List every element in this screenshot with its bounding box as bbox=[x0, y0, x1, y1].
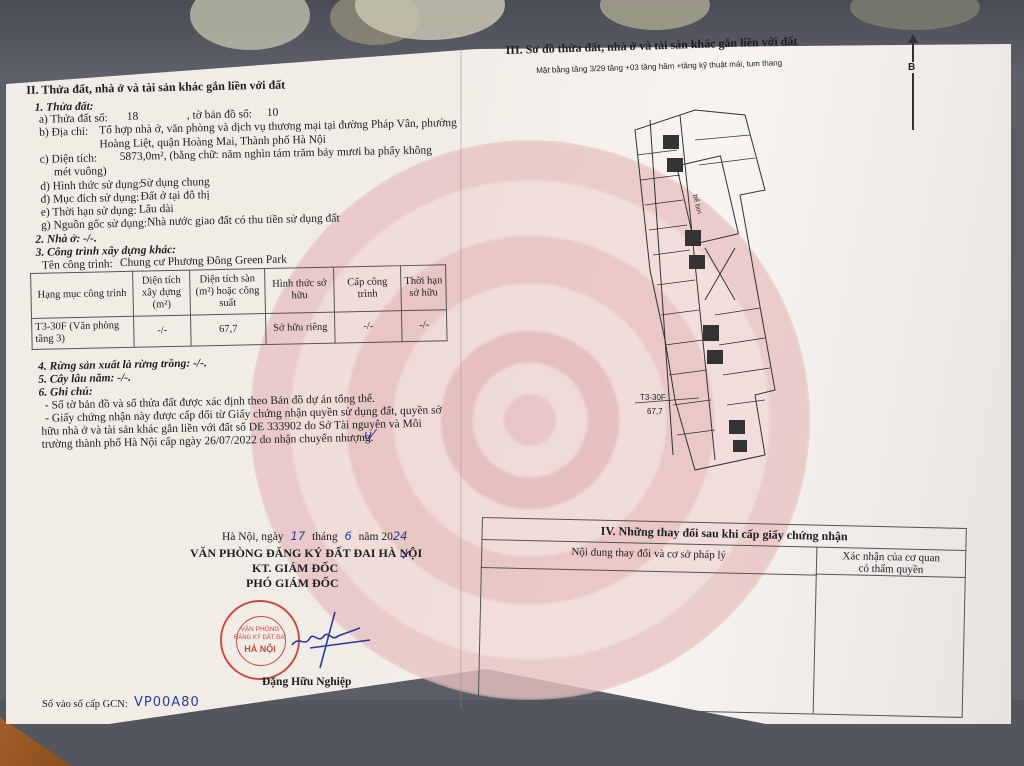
cell-ownership: Sở hữu riêng bbox=[265, 312, 335, 344]
signer-role-2: PHÓ GIÁM ĐỐC bbox=[246, 577, 339, 590]
north-arrow-icon bbox=[912, 40, 914, 130]
issuing-office: VĂN PHÒNG ĐĂNG KÝ ĐẤT ĐAI HÀ NỘI bbox=[190, 547, 422, 560]
place-date: Hà Nội, ngày 17 tháng 6 năm 2024 bbox=[222, 530, 408, 544]
use-origin-label: g) Nguồn gốc sử dụng: bbox=[41, 217, 147, 232]
parcel-number-label: a) Thửa đất số: bbox=[39, 112, 108, 126]
seal-text-3: HÀ NỘI bbox=[222, 644, 298, 654]
north-label: B bbox=[908, 62, 915, 73]
pool-label: bể bơi bbox=[691, 194, 703, 215]
use-term-value: Lâu dài bbox=[139, 203, 174, 217]
section-iv-changes-table: IV. Những thay đổi sau khi cấp giấy chứn… bbox=[478, 517, 967, 718]
construction-table: Hạng mục công trình Diện tích xây dựng (… bbox=[30, 264, 448, 350]
signer-role-1: KT. GIÁM ĐỐC bbox=[252, 562, 338, 575]
unit-label: T3-30F bbox=[640, 393, 666, 402]
col-header-term: Thời hạn sở hữu bbox=[401, 265, 447, 311]
signer-name: Đặng Hữu Nghiệp bbox=[262, 676, 351, 689]
col-header-ownership: Hình thức sở hữu bbox=[265, 267, 335, 313]
date-day: 17 bbox=[291, 529, 306, 543]
initial-mark: ✓ bbox=[400, 550, 412, 563]
cell-floor-area: 67,7 bbox=[191, 314, 267, 347]
unit-area: 67,7 bbox=[647, 407, 663, 416]
map-sheet-value: 10 bbox=[267, 107, 279, 120]
col-header-item: Hạng mục công trình bbox=[31, 271, 134, 318]
date-year-label: năm 20 bbox=[359, 531, 393, 543]
use-purpose-value: Đất ở tại đô thị bbox=[140, 189, 210, 203]
cell-item: T3-30F (Văn phòng tầng 3) bbox=[32, 316, 135, 349]
page-fold bbox=[460, 48, 462, 708]
official-red-seal: VĂN PHÒNG ĐĂNG KÝ ĐẤT ĐAI HÀ NỘI bbox=[220, 600, 300, 680]
fabric-flower bbox=[850, 0, 980, 30]
date-prefix: Hà Nội, ngày bbox=[222, 531, 284, 543]
cell-term: -/- bbox=[401, 310, 447, 342]
cell-build-area: -/- bbox=[134, 315, 192, 347]
date-month: 6 bbox=[344, 529, 351, 543]
area-label: c) Diện tích: bbox=[40, 153, 98, 167]
date-year-suffix: 24 bbox=[393, 529, 408, 543]
seal-text-2: ĐĂNG KÝ ĐẤT ĐAI bbox=[222, 635, 298, 641]
notes-heading: 6. Ghi chú: bbox=[38, 386, 92, 400]
seal-inner-ring bbox=[236, 616, 286, 666]
col-header-grade: Cấp công trình bbox=[334, 266, 402, 312]
date-month-label: tháng bbox=[312, 531, 338, 543]
floor-plan-diagram: bể bơi T3-30F 67,7 bbox=[625, 100, 785, 480]
initial-mark: ɥ⁄ bbox=[363, 429, 374, 442]
col-header-floor-area: Diện tích sàn (m²) hoặc công suất bbox=[190, 269, 266, 316]
fabric-flower bbox=[600, 0, 710, 30]
fabric-flower bbox=[190, 0, 310, 50]
registry-label: Số vào sổ cấp GCN: bbox=[42, 698, 128, 711]
area-value-line-2: mét vuông) bbox=[54, 165, 107, 179]
registry-value: VP00A80 bbox=[134, 696, 200, 709]
col-header-build-area: Diện tích xây dựng (m²) bbox=[133, 270, 191, 316]
cell-grade: -/- bbox=[334, 311, 402, 343]
house-line: 2. Nhà ở: -/-. bbox=[35, 233, 97, 247]
parcel-number-value: 18 bbox=[127, 111, 139, 124]
col2-line-2: có thẩm quyền bbox=[816, 562, 966, 577]
perennial-line: 5. Cây lâu năm: -/-. bbox=[38, 372, 131, 387]
address-label: b) Địa chỉ: bbox=[39, 126, 88, 140]
signature bbox=[290, 610, 380, 670]
seal-text-1: VĂN PHÒNG bbox=[222, 626, 298, 633]
col-header-authority-confirmation: Xác nhận của cơ quan có thẩm quyền bbox=[816, 547, 967, 578]
